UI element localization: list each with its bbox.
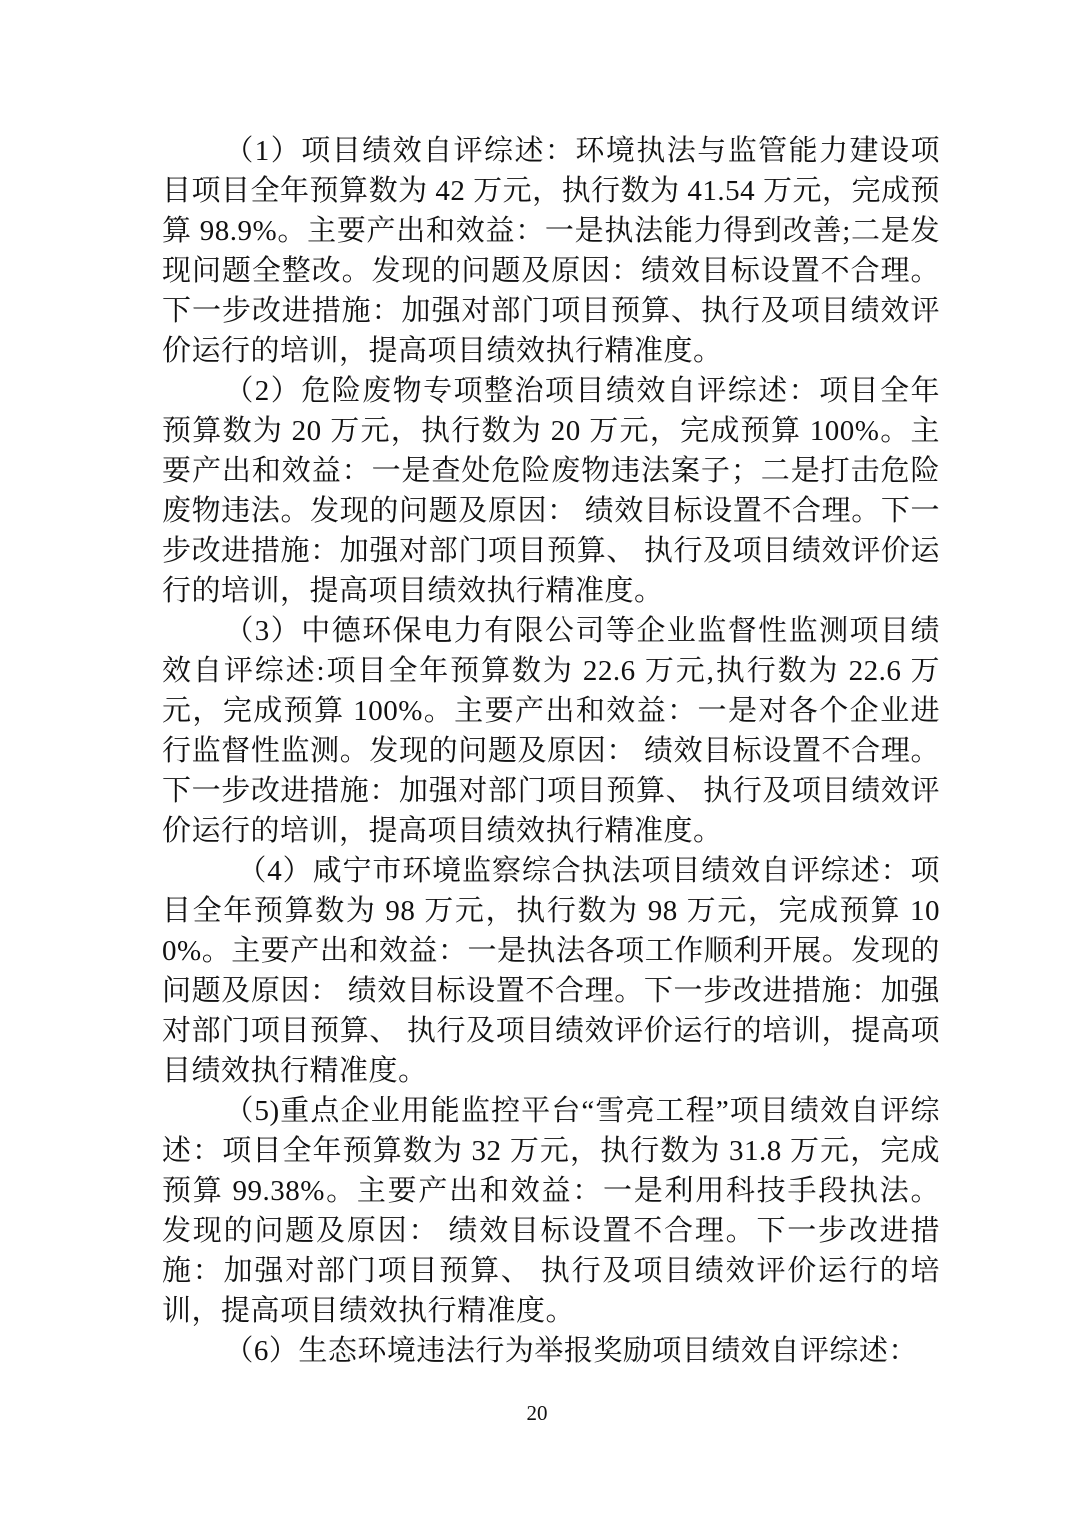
paragraph-project-1: （1）项目绩效自评综述：环境执法与监管能力建设项目项目全年预算数为 42 万元，…	[162, 131, 940, 371]
paragraph-project-2: （2）危险废物专项整治项目绩效自评综述：项目全年预算数为 20 万元，执行数为 …	[162, 371, 940, 611]
document-body: （1）项目绩效自评综述：环境执法与监管能力建设项目项目全年预算数为 42 万元，…	[162, 131, 940, 1371]
page-footer: 20	[0, 1401, 1074, 1425]
paragraph-project-4: （4）咸宁市环境监察综合执法项目绩效自评综述：项目全年预算数为 98 万元，执行…	[162, 851, 940, 1091]
document-page: （1）项目绩效自评综述：环境执法与监管能力建设项目项目全年预算数为 42 万元，…	[0, 0, 1074, 1520]
page-number: 20	[527, 1401, 548, 1425]
paragraph-project-3: （3）中德环保电力有限公司等企业监督性监测项目绩效自评综述:项目全年预算数为 2…	[162, 611, 940, 851]
paragraph-project-5: （5)重点企业用能监控平台“雪亮工程”项目绩效自评综述：项目全年预算数为 32 …	[162, 1091, 940, 1331]
paragraph-project-6: （6）生态环境违法行为举报奖励项目绩效自评综述：	[162, 1331, 940, 1371]
